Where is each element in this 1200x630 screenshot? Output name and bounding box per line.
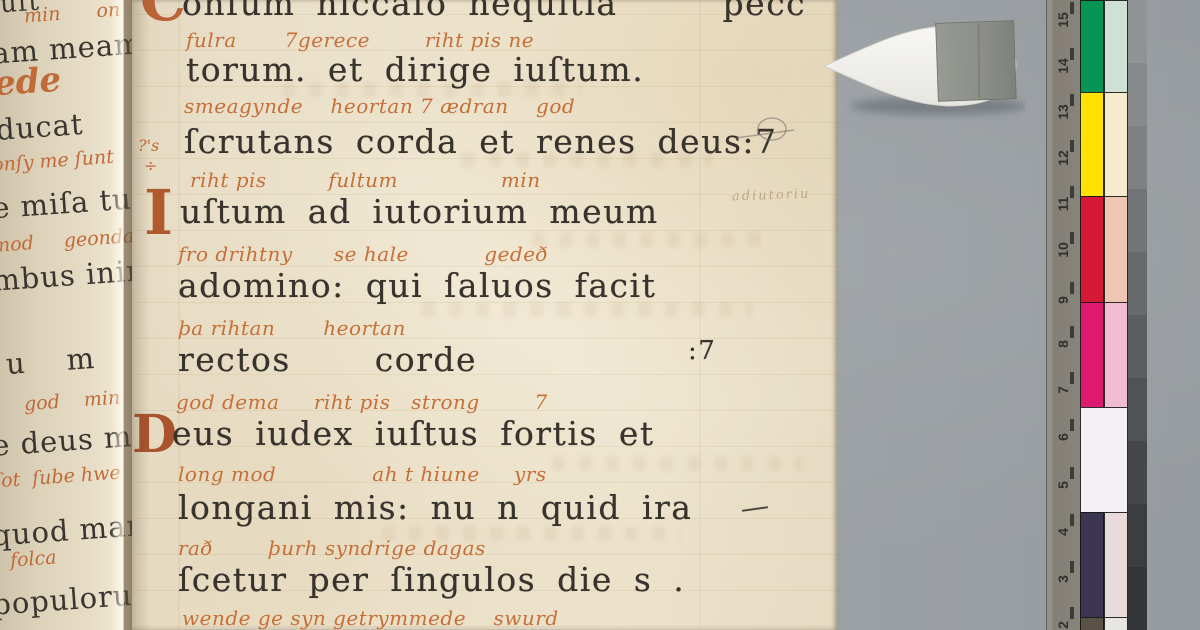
ruler-number: 13 (1055, 102, 1073, 122)
patch-pink (1104, 302, 1128, 408)
left-page-fragment: ducat (0, 107, 85, 147)
patch-magenta (1080, 302, 1104, 408)
latin-line: ſcrutans corda et renes deus:7 (184, 122, 778, 161)
patch-cream (1104, 92, 1128, 197)
verse-end-mark: :7 (688, 336, 716, 366)
gloss-line: long mod ah t hiune yrs (178, 462, 547, 486)
latin-line: longani mis: nu n quid ira (178, 488, 692, 527)
left-page-fragment: u m (5, 341, 96, 381)
gray-step (1128, 63, 1147, 126)
gray-step (1128, 126, 1147, 189)
ruler-number: 15 (1055, 10, 1073, 30)
latin-line: rectos corde (178, 340, 477, 379)
left-page-fragment: god min (23, 387, 121, 416)
patch-off-white (1104, 617, 1128, 630)
gray-scale-wedge (1128, 0, 1147, 630)
gloss-line: fulra 7gerece riht pis ne (186, 28, 534, 52)
faded-margin-note: adiutoriu (732, 187, 811, 205)
gray-step (1128, 504, 1147, 567)
ruler-number: 10 (1055, 240, 1073, 260)
gloss-line: wende ge syn getrymmede swurd (182, 606, 559, 630)
ink-showthrough (532, 232, 762, 247)
color-calibration-bar: 15 14 13 12 11 10 9 8 7 6 5 4 3 (1046, 0, 1147, 630)
ruler-number: 6 (1055, 427, 1073, 447)
color-patches (1080, 0, 1128, 630)
patch-red (1080, 196, 1104, 303)
gloss-line: riht pis fultum min (190, 168, 541, 192)
latin-line: uſtum ad iutorium meum (180, 192, 659, 231)
gray-step (1128, 315, 1147, 378)
ruler-number: 12 (1055, 148, 1073, 168)
ruler-number: 14 (1055, 56, 1073, 76)
page-edge-highlight (110, 0, 124, 630)
latin-line: ſcetur per ſingulos die s . (178, 560, 685, 599)
left-page-fragment: min on (23, 0, 121, 27)
ink-showthrough (552, 456, 802, 471)
gloss-line: rað þurh syndrige dagas (178, 536, 486, 560)
pencil-mark (732, 110, 804, 152)
ruler-number: 5 (1055, 475, 1073, 495)
gutter-shadow (124, 0, 150, 630)
patch-white (1080, 407, 1128, 513)
gloss-line: þa rihtan heortan (178, 316, 406, 340)
gray-step (1128, 441, 1147, 504)
latin-line: torum. et dirige iuſtum. (186, 50, 644, 89)
manuscript-photo: uſt min on am meam in ede ducat onſy me … (0, 0, 1200, 630)
patch-yellow (1080, 92, 1104, 197)
ruler-number: 2 (1055, 615, 1073, 630)
left-page-fragment: ſot ſube hwe (0, 462, 121, 493)
gloss-line: fro drihtny se hale gedeð (178, 242, 548, 266)
patch-green (1080, 0, 1104, 93)
ruler-number: 7 (1055, 380, 1073, 400)
facing-page-strip: uſt min on am meam in ede ducat onſy me … (0, 0, 132, 630)
ruler-number: 9 (1055, 290, 1073, 310)
patch-pale-green (1104, 0, 1128, 93)
gloss-line: smeagynde heortan 7 ædran god (184, 94, 575, 118)
left-page-fragment: ede (0, 60, 62, 105)
gray-step (1128, 567, 1147, 630)
latin-line: eus iudex iuſtus fortis et (172, 414, 655, 453)
ruler-number: 11 (1055, 194, 1073, 214)
calibration-ruler: 15 14 13 12 11 10 9 8 7 6 5 4 3 (1046, 0, 1081, 630)
latin-line: adomino: qui ſaluos facit (178, 266, 656, 305)
ruler-number: 8 (1055, 334, 1073, 354)
pointer-gray-block (936, 21, 1017, 102)
latin-line: onſum niccaſo nequitia pecc (182, 0, 806, 23)
ruler-number: 3 (1055, 569, 1073, 589)
patch-peach (1104, 196, 1128, 303)
patch-brown (1080, 617, 1104, 630)
page-pointer (820, 14, 1026, 120)
gloss-line: god dema riht pis strong 7 (176, 390, 548, 414)
gray-step (1128, 0, 1147, 63)
ruler-number: 4 (1055, 522, 1073, 542)
left-page-fragment: folca (9, 546, 57, 571)
gray-step (1128, 189, 1147, 252)
left-page-fragment: onſy me ſunt (0, 146, 115, 176)
manuscript-page: C I D onſum niccaſo nequitia pecc fulra … (132, 0, 838, 630)
gray-step (1128, 252, 1147, 315)
gray-step (1128, 378, 1147, 441)
patch-navy (1080, 512, 1104, 618)
patch-pale-mauve (1104, 512, 1128, 618)
